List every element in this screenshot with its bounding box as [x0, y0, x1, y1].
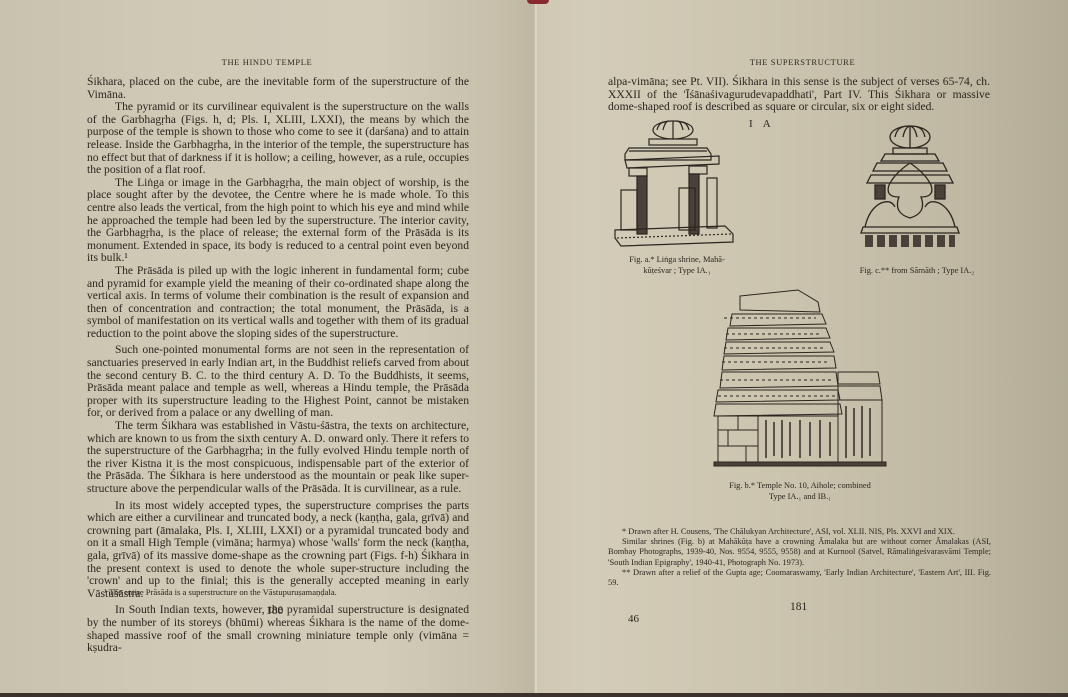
paragraph: The term Śikhara was established in Vāst… — [87, 420, 469, 496]
right-page: THE SUPERSTRUCTURE alpa-vimāna; see Pt. … — [537, 0, 1068, 697]
book-gutter — [534, 0, 538, 697]
figure-caption-b: Fig. b.* Temple No. 10, Aihole; combined… — [700, 480, 900, 502]
right-footnotes: * Drawn after H. Cousens, 'The Chālukyan… — [608, 527, 991, 588]
spine-ribbon — [527, 0, 549, 4]
paragraph: Śikhara, placed on the cube, are the ine… — [87, 76, 469, 101]
footnote: * Drawn after H. Cousens, 'The Chālukyan… — [608, 527, 991, 537]
paragraph: The pyramid or its curvilinear equivalen… — [87, 101, 469, 177]
paragraph: The Prāsāda is piled up with the logic i… — [87, 265, 469, 341]
linga-shrine-illustration — [607, 118, 747, 253]
footnote: Similar shrines (Fig. b) at Mahākūṭa hav… — [608, 537, 991, 568]
right-body-text: alpa-vimāna; see Pt. VII). Śikhara in th… — [608, 76, 990, 114]
page-number: 180 — [266, 605, 283, 617]
footnote: ** Drawn after a relief of the Gupta age… — [608, 568, 991, 588]
left-page: THE HINDU TEMPLE Śikhara, placed on the … — [0, 0, 537, 697]
figure-caption-c: Fig. c.** from Sārnāth ; Type IA.₂ — [837, 265, 997, 276]
plate-number: 46 — [628, 613, 639, 625]
page-number: 181 — [790, 601, 807, 613]
running-head-left: THE HINDU TEMPLE — [0, 57, 534, 67]
paragraph: Such one-pointed monumental forms are no… — [87, 344, 469, 420]
running-head-right: THE SUPERSTRUCTURE — [537, 57, 1068, 67]
left-body-text: Śikhara, placed on the cube, are the ine… — [87, 76, 469, 655]
paragraph: In its most widely accepted types, the s… — [87, 500, 469, 601]
paragraph: The Liṅga or image in the Garbhagṛha, th… — [87, 177, 469, 265]
page-bottom-edge — [0, 693, 1068, 697]
section-label: I A — [749, 118, 775, 130]
paragraph: alpa-vimāna; see Pt. VII). Śikhara in th… — [608, 76, 990, 114]
figure-caption-a: Fig. a.* Liṅga shrine, Mahā- kūṭeśvar ; … — [607, 254, 747, 276]
sarnath-relief-illustration — [855, 123, 965, 253]
footnote: ¹ The entire Prāsāda is a superstructure… — [104, 587, 337, 598]
aihole-temple-illustration — [710, 288, 890, 468]
